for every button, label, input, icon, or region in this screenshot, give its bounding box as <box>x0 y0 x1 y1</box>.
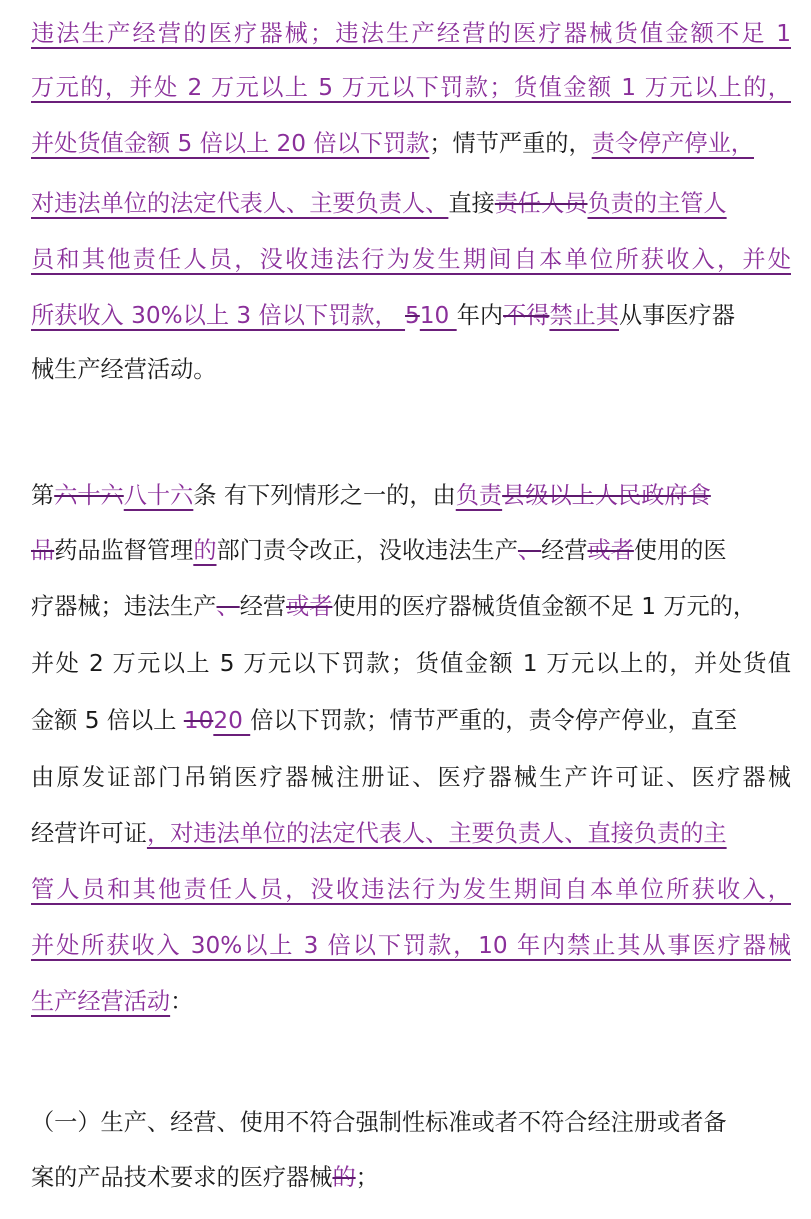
body-text: 案的产品技术要求的医疗器械 <box>31 1164 332 1191</box>
inserted-text: 生产经营活动 <box>31 988 170 1015</box>
deleted-text: 责任人员 <box>495 190 588 217</box>
text-line: 违法生产经营的医疗器械；违法生产经营的医疗器械货值金额不足 1 <box>31 14 791 54</box>
deleted-text: 的 <box>332 1164 355 1191</box>
deleted-text: 品 <box>31 537 54 564</box>
text-line: 疗器械；违法生产、经营或者使用的医疗器械货值金额不足 1 万元的， <box>31 587 791 627</box>
inserted-text: 责令停产停业， <box>592 130 754 157</box>
inserted-text: 员和其他责任人员，没收违法行为发生期间自本单位所获收入，并处 <box>31 246 791 273</box>
text-line: 第六十六八十六条 有下列情形之一的，由负责县级以上人民政府食 <box>31 476 791 516</box>
inserted-text: 10 <box>420 302 457 329</box>
inserted-text: 负责的主管人 <box>588 190 727 217</box>
text-line: 并处货值金额 5 倍以上 20 倍以下罚款；情节严重的，责令停产停业， <box>31 124 791 164</box>
inserted-text: 对违法单位的法定代表人、主要负责人、 <box>31 190 448 217</box>
text-line: 所获收入 30%以上 3 倍以下罚款， 510 年内不得禁止其从事医疗器 <box>31 296 791 336</box>
inserted-text: 禁止其 <box>549 302 619 329</box>
deleted-text: 10 <box>184 707 214 734</box>
text-line: 品药品监督管理的部门责令改正，没收违法生产、经营或者使用的医 <box>31 531 791 571</box>
deleted-text: 、 <box>217 593 240 620</box>
text-line: 案的产品技术要求的医疗器械的； <box>31 1158 791 1198</box>
body-text: ； <box>356 1164 379 1191</box>
deleted-text: 5 <box>405 302 420 329</box>
body-text: ；情节严重的， <box>429 130 591 157</box>
body-text: 从事医疗器 <box>619 302 735 329</box>
body-text: 使用的医疗器械货值金额不足 1 万元的， <box>332 593 756 620</box>
inserted-text: 违法生产经营的医疗器械；违法生产经营的医疗器械货值金额不足 1 <box>31 20 791 47</box>
body-text: 倍以下罚款；情节严重的，责令停产停业，直至 <box>250 707 737 734</box>
text-line: 金额 5 倍以上 1020 倍以下罚款；情节严重的，责令停产停业，直至 <box>31 701 791 741</box>
body-text: 械生产经营活动。 <box>31 356 217 383</box>
text-line: （一）生产、经营、使用不符合强制性标准或者不符合经注册或者备 <box>31 1103 791 1143</box>
body-text: 第 <box>31 482 54 509</box>
inserted-text: 并处所获收入 30%以上 3 倍以下罚款，10 年内禁止其从事医疗器械 <box>31 932 791 959</box>
deleted-text: 或者 <box>588 537 634 564</box>
text-line: 员和其他责任人员，没收违法行为发生期间自本单位所获收入，并处 <box>31 240 791 280</box>
deleted-text: 不得 <box>503 302 549 329</box>
body-text: 经营许可证 <box>31 820 147 847</box>
body-text: 并处 2 万元以上 5 万元以下罚款；货值金额 1 万元以上的，并处货值 <box>31 650 791 677</box>
inserted-text: 万元的，并处 2 万元以上 5 万元以下罚款；货值金额 1 万元以上的， <box>31 74 791 101</box>
inserted-text: 八十六 <box>124 482 194 509</box>
text-line: 并处所获收入 30%以上 3 倍以下罚款，10 年内禁止其从事医疗器械 <box>31 926 791 966</box>
inserted-text: 的 <box>193 537 216 564</box>
inserted-text: 20 <box>213 707 250 734</box>
deleted-text: 或者 <box>286 593 332 620</box>
text-line: 生产经营活动： <box>31 982 791 1022</box>
text-line: 由原发证部门吊销医疗器械注册证、医疗器械生产许可证、医疗器械 <box>31 758 791 798</box>
inserted-text: 负责 <box>456 482 502 509</box>
body-text: 条 有下列情形之一的，由 <box>193 482 455 509</box>
body-text: 疗器械；违法生产 <box>31 593 217 620</box>
body-text: 由原发证部门吊销医疗器械注册证、医疗器械生产许可证、医疗器械 <box>31 764 791 791</box>
body-text: 药品监督管理 <box>54 537 193 564</box>
body-text: 经营 <box>240 593 286 620</box>
body-text: 年内 <box>457 302 503 329</box>
body-text: 金额 5 倍以上 <box>31 707 184 734</box>
body-text: 部门责令改正，没收违法生产 <box>217 537 518 564</box>
text-line: 并处 2 万元以上 5 万元以下罚款；货值金额 1 万元以上的，并处货值 <box>31 644 791 684</box>
deleted-text: 县级以上人民政府食 <box>502 482 711 509</box>
inserted-text: 所获收入 30%以上 3 倍以下罚款， <box>31 302 405 329</box>
body-text: ： <box>170 988 193 1015</box>
body-text: 使用的医 <box>634 537 727 564</box>
body-text: 直接 <box>448 190 494 217</box>
inserted-text: 管人员和其他责任人员，没收违法行为发生期间自本单位所获收入， <box>31 876 791 903</box>
text-line: 经营许可证，对违法单位的法定代表人、主要负责人、直接负责的主 <box>31 814 791 854</box>
text-line: 管人员和其他责任人员，没收违法行为发生期间自本单位所获收入， <box>31 870 791 910</box>
deleted-text: 六十六 <box>54 482 124 509</box>
text-line: 械生产经营活动。 <box>31 350 791 390</box>
document-page: 违法生产经营的医疗器械；违法生产经营的医疗器械货值金额不足 1万元的，并处 2 … <box>0 0 811 1219</box>
inserted-text: 并处货值金额 5 倍以上 20 倍以下罚款 <box>31 130 429 157</box>
deleted-text: 、 <box>518 537 541 564</box>
body-text: 经营 <box>541 537 587 564</box>
body-text: （一）生产、经营、使用不符合强制性标准或者不符合经注册或者备 <box>31 1109 727 1136</box>
inserted-text: ，对违法单位的法定代表人、主要负责人、直接负责的主 <box>147 820 727 847</box>
text-line: 对违法单位的法定代表人、主要负责人、直接责任人员负责的主管人 <box>31 184 791 224</box>
text-line: 万元的，并处 2 万元以上 5 万元以下罚款；货值金额 1 万元以上的， <box>31 68 791 108</box>
